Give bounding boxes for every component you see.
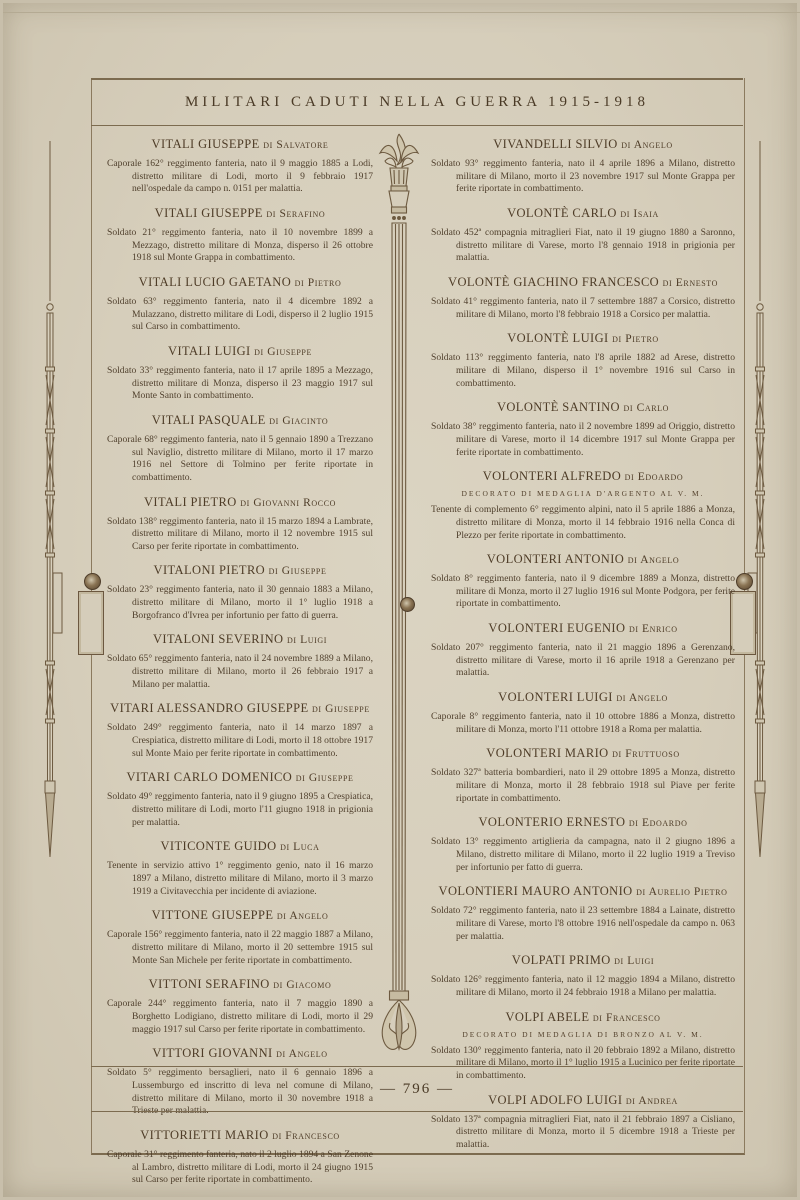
soldier-name-heading: VITTORIETTI MARIO di Francesco <box>107 1128 373 1143</box>
soldier-entry: VOLONTERI MARIO di Fruttuoso Soldato 327… <box>431 746 735 805</box>
soldier-filiation: di Fruttuoso <box>612 748 680 760</box>
soldier-filiation: di Angelo <box>277 910 329 922</box>
soldier-filiation: di Giuseppe <box>254 346 312 358</box>
soldier-entry: VOLONTERI ALFREDO di Edoardo DECORATO DI… <box>431 469 735 542</box>
soldier-name: VOLONTERI LUIGI <box>498 690 613 704</box>
soldier-name-heading: VITICONTE GUIDO di Luca <box>107 839 373 854</box>
soldier-entry: VOLONTERI EUGENIO di Enrico Soldato 207°… <box>431 621 735 680</box>
spear-ornament-right-icon <box>742 141 778 863</box>
soldier-record-text: Soldato 126° reggimento fanteria, nato i… <box>431 974 735 999</box>
left-column: VITALI GIUSEPPE di Salvatore Caporale 16… <box>107 137 373 1197</box>
soldier-name: VITALI LUIGI <box>168 344 251 358</box>
soldier-filiation: di Giacinto <box>269 415 328 427</box>
soldier-name: VITTORIETTI MARIO <box>140 1128 268 1142</box>
soldier-name: VOLONTIERI MAURO ANTONIO <box>439 884 633 898</box>
soldier-filiation: di Francesco <box>272 1130 340 1142</box>
soldier-name-heading: VOLONTERIO ERNESTO di Edoardo <box>431 815 735 830</box>
soldier-name-heading: VOLPATI PRIMO di Luigi <box>431 953 735 968</box>
soldier-filiation: di Angelo <box>628 554 680 566</box>
soldier-record-text: Soldato 137ª compagnia mitraglieri Fiat,… <box>431 1114 735 1152</box>
soldier-name-heading: VITALONI SEVERINO di Luigi <box>107 632 373 647</box>
rosette-medallion-right-icon <box>736 573 753 590</box>
soldier-name-heading: VOLONTERI EUGENIO di Enrico <box>431 621 735 636</box>
soldier-entry: VITTONI SERAFINO di Giacomo Caporale 244… <box>107 977 373 1036</box>
soldier-name-heading: VOLONTÈ GIACHINO FRANCESCO di Ernesto <box>431 275 735 290</box>
soldier-record-text: Soldato 65° reggimento fanteria, nato il… <box>107 653 373 691</box>
soldier-name-heading: VITARI CARLO DOMENICO di Giuseppe <box>107 770 373 785</box>
soldier-filiation: di Angelo <box>616 692 668 704</box>
torch-column-ornament-icon <box>375 131 423 1063</box>
soldier-name: VITARI CARLO DOMENICO <box>126 770 292 784</box>
soldier-record-text: Soldato 41° reggimento fanteria, nato il… <box>431 296 735 321</box>
soldier-filiation: di Pietro <box>295 277 342 289</box>
soldier-entry: VOLONTÈ SANTINO di Carlo Soldato 38° reg… <box>431 400 735 459</box>
soldier-record-text: Soldato 33° reggimento fanteria, nato il… <box>107 365 373 403</box>
page-edge-line <box>3 12 800 13</box>
soldier-record-text: Soldato 249° reggimento fanteria, nato i… <box>107 722 373 760</box>
soldier-record-text: Soldato 21° reggimento fanteria, nato il… <box>107 227 373 265</box>
soldier-record-text: Soldato 452ª compagnia mitraglieri Fiat,… <box>431 227 735 265</box>
soldier-name: VOLONTÈ GIACHINO FRANCESCO <box>448 275 659 289</box>
soldier-filiation: di Edoardo <box>629 817 688 829</box>
soldier-filiation: di Luca <box>280 841 319 853</box>
soldier-name: VITTONI SERAFINO <box>149 977 270 991</box>
soldier-record-text: Soldato 13° reggimento artiglieria da ca… <box>431 836 735 874</box>
soldier-name-heading: VITALI LUIGI di Giuseppe <box>107 344 373 359</box>
soldier-entry: VOLONTÈ GIACHINO FRANCESCO di Ernesto So… <box>431 275 735 321</box>
soldier-name: VITALI PIETRO <box>144 495 237 509</box>
soldier-record-text: Soldato 93° reggimento fanteria, nato il… <box>431 158 735 196</box>
rosette-medallion-center-icon <box>400 597 415 612</box>
soldier-name-heading: VITTONI SERAFINO di Giacomo <box>107 977 373 992</box>
page-footer: — 796 — <box>91 1066 743 1112</box>
soldier-filiation: di Carlo <box>623 402 669 414</box>
soldier-record-text: Soldato 327ª batteria bombardieri, nato … <box>431 767 735 805</box>
hanging-plaque-left-icon <box>78 591 104 655</box>
soldier-record-text: Soldato 138° reggimento fanteria, nato i… <box>107 516 373 554</box>
soldier-name: VITALONI SEVERINO <box>153 632 283 646</box>
soldier-filiation: di Angelo <box>276 1048 328 1060</box>
soldier-record-text: Soldato 8° reggimento fanteria, nato il … <box>431 573 735 611</box>
soldier-name: VOLONTERI EUGENIO <box>488 621 625 635</box>
soldier-filiation: di Giovanni Rocco <box>240 497 336 509</box>
soldier-name-heading: VITALI PIETRO di Giovanni Rocco <box>107 495 373 510</box>
soldier-name: VITALI PASQUALE <box>152 413 266 427</box>
soldier-name: VITALONI PIETRO <box>154 563 266 577</box>
soldier-record-text: Caporale 31° reggimento fanteria, nato i… <box>107 1149 373 1187</box>
soldier-name: VITALI LUCIO GAETANO <box>139 275 292 289</box>
soldier-name: VITALI GIUSEPPE <box>155 206 263 220</box>
soldier-name-heading: VIVANDELLI SILVIO di Angelo <box>431 137 735 152</box>
soldier-name: VITARI ALESSANDRO GIUSEPPE <box>110 701 308 715</box>
soldier-entry: VOLONTERI LUIGI di Angelo Caporale 8° re… <box>431 690 735 736</box>
soldier-name: VOLONTÈ SANTINO <box>497 400 620 414</box>
soldier-entry: VITALI PASQUALE di Giacinto Caporale 68°… <box>107 413 373 485</box>
soldier-filiation: di Enrico <box>629 623 678 635</box>
soldier-record-text: Caporale 244° reggimento fanteria, nato … <box>107 998 373 1036</box>
soldier-name: VOLPI ABELE <box>505 1010 589 1024</box>
soldier-record-text: Soldato 38° reggimento fanteria, nato il… <box>431 421 735 459</box>
soldier-name-heading: VITTONE GIUSEPPE di Angelo <box>107 908 373 923</box>
soldier-entry: VITTORIETTI MARIO di Francesco Caporale … <box>107 1128 373 1187</box>
soldier-name: VOLPATI PRIMO <box>512 953 611 967</box>
soldier-entry: VITALI PIETRO di Giovanni Rocco Soldato … <box>107 495 373 554</box>
soldier-filiation: di Giuseppe <box>269 565 327 577</box>
soldier-name-heading: VOLONTERI LUIGI di Angelo <box>431 690 735 705</box>
soldier-name: VITTORI GIOVANNI <box>152 1046 272 1060</box>
soldier-name: VOLONTÈ CARLO <box>507 206 617 220</box>
soldier-filiation: di Giuseppe <box>296 772 354 784</box>
soldier-name: VITALI GIUSEPPE <box>152 137 260 151</box>
soldier-entry: VOLONTIERI MAURO ANTONIO di Aurelio Piet… <box>431 884 735 943</box>
soldier-name-heading: VITTORI GIOVANNI di Angelo <box>107 1046 373 1061</box>
soldier-entry: VOLONTÈ LUIGI di Pietro Soldato 113° reg… <box>431 331 735 390</box>
soldier-entry: VITARI ALESSANDRO GIUSEPPE di Giuseppe S… <box>107 701 373 760</box>
soldier-record-text: Caporale 68° reggimento fanteria, nato i… <box>107 434 373 485</box>
soldier-name-heading: VOLONTERI ANTONIO di Angelo <box>431 552 735 567</box>
soldier-record-text: Soldato 113° reggimento fanteria, nato l… <box>431 352 735 390</box>
soldier-filiation: di Ernesto <box>663 277 718 289</box>
soldier-name-heading: VOLONTÈ SANTINO di Carlo <box>431 400 735 415</box>
soldier-name-heading: VOLONTERI ALFREDO di Edoardo <box>431 469 735 484</box>
soldier-name-heading: VITALONI PIETRO di Giuseppe <box>107 563 373 578</box>
soldier-entry: VITTONE GIUSEPPE di Angelo Caporale 156°… <box>107 908 373 967</box>
soldier-name-heading: VOLONTÈ CARLO di Isaia <box>431 206 735 221</box>
book-page-scan: { "page": { "header_title": "MILITARI CA… <box>0 0 800 1200</box>
soldier-entry: VITALI GIUSEPPE di Salvatore Caporale 16… <box>107 137 373 196</box>
soldier-record-text: Caporale 162° reggimento fanteria, nato … <box>107 158 373 196</box>
soldier-entry: VOLONTERI ANTONIO di Angelo Soldato 8° r… <box>431 552 735 611</box>
decoration-line: DECORATO DI MEDAGLIA D'ARGENTO AL V. M. <box>431 489 735 498</box>
soldier-filiation: di Francesco <box>593 1012 661 1024</box>
soldier-record-text: Caporale 8° reggimento fanteria, nato il… <box>431 711 735 736</box>
soldier-entry: VOLONTÈ CARLO di Isaia Soldato 452ª comp… <box>431 206 735 265</box>
soldier-name: VOLONTERI MARIO <box>486 746 608 760</box>
soldier-record-text: Tenente di complemento 6° reggimento alp… <box>431 504 735 542</box>
soldier-name: VOLONTERI ANTONIO <box>487 552 624 566</box>
soldier-filiation: di Giuseppe <box>312 703 370 715</box>
soldier-entry: VITICONTE GUIDO di Luca Tenente in servi… <box>107 839 373 898</box>
soldier-record-text: Caporale 156° reggimento fanteria, nato … <box>107 929 373 967</box>
rosette-medallion-left-icon <box>84 573 101 590</box>
soldier-name-heading: VOLONTÈ LUIGI di Pietro <box>431 331 735 346</box>
soldier-filiation: di Serafino <box>266 208 325 220</box>
soldier-filiation: di Pietro <box>612 333 659 345</box>
soldier-filiation: di Aurelio Pietro <box>636 886 727 898</box>
page-header: MILITARI CADUTI NELLA GUERRA 1915-1918 <box>91 78 743 126</box>
soldier-name: VITTONE GIUSEPPE <box>152 908 274 922</box>
soldier-filiation: di Luigi <box>614 955 654 967</box>
right-column: VIVANDELLI SILVIO di Angelo Soldato 93° … <box>431 137 735 1162</box>
soldier-filiation: di Edoardo <box>625 471 684 483</box>
soldier-filiation: di Giacomo <box>273 979 331 991</box>
soldier-record-text: Soldato 207° reggimento fanteria, nato i… <box>431 642 735 680</box>
soldier-filiation: di Angelo <box>621 139 673 151</box>
soldier-name-heading: VITALI LUCIO GAETANO di Pietro <box>107 275 373 290</box>
soldier-entry: VITALI GIUSEPPE di Serafino Soldato 21° … <box>107 206 373 265</box>
soldier-entry: VITARI CARLO DOMENICO di Giuseppe Soldat… <box>107 770 373 829</box>
soldier-name-heading: VOLPI ABELE di Francesco <box>431 1010 735 1025</box>
soldier-entry: VITALI LUCIO GAETANO di Pietro Soldato 6… <box>107 275 373 334</box>
soldier-entry: VIVANDELLI SILVIO di Angelo Soldato 93° … <box>431 137 735 196</box>
soldier-name-heading: VOLONTERI MARIO di Fruttuoso <box>431 746 735 761</box>
soldier-name-heading: VOLONTIERI MAURO ANTONIO di Aurelio Piet… <box>431 884 735 899</box>
soldier-entry: VITALONI PIETRO di Giuseppe Soldato 23° … <box>107 563 373 622</box>
soldier-record-text: Soldato 23° reggimento fanteria, nato il… <box>107 584 373 622</box>
spear-ornament-left-icon <box>32 141 68 863</box>
soldier-filiation: di Isaia <box>620 208 659 220</box>
soldier-filiation: di Salvatore <box>263 139 328 151</box>
soldier-name: VOLONTÈ LUIGI <box>507 331 608 345</box>
soldier-name-heading: VITALI GIUSEPPE di Salvatore <box>107 137 373 152</box>
page-title: MILITARI CADUTI NELLA GUERRA 1915-1918 <box>185 94 649 111</box>
soldier-name: VOLONTERI ALFREDO <box>483 469 621 483</box>
soldier-entry: VITALI LUIGI di Giuseppe Soldato 33° reg… <box>107 344 373 403</box>
soldier-record-text: Tenente in servizio attivo 1° reggimento… <box>107 860 373 898</box>
soldier-name: VOLONTERIO ERNESTO <box>478 815 625 829</box>
soldier-record-text: Soldato 49° reggimento fanteria, nato il… <box>107 791 373 829</box>
decoration-line: DECORATO DI MEDAGLIA DI BRONZO AL V. M. <box>431 1030 735 1039</box>
paper-sheet: MILITARI CADUTI NELLA GUERRA 1915-1918 <box>3 3 797 1197</box>
soldier-filiation: di Luigi <box>287 634 327 646</box>
soldier-record-text: Soldato 63° reggimento fanteria, nato il… <box>107 296 373 334</box>
soldier-entry: VOLONTERIO ERNESTO di Edoardo Soldato 13… <box>431 815 735 874</box>
soldier-entry: VOLPATI PRIMO di Luigi Soldato 126° regg… <box>431 953 735 999</box>
page-number: — 796 — <box>380 1081 454 1098</box>
soldier-name-heading: VITARI ALESSANDRO GIUSEPPE di Giuseppe <box>107 701 373 716</box>
soldier-entry: VITALONI SEVERINO di Luigi Soldato 65° r… <box>107 632 373 691</box>
soldier-name: VITICONTE GUIDO <box>160 839 276 853</box>
soldier-record-text: Soldato 72° reggimento fanteria, nato il… <box>431 905 735 943</box>
soldier-name-heading: VITALI GIUSEPPE di Serafino <box>107 206 373 221</box>
soldier-name-heading: VITALI PASQUALE di Giacinto <box>107 413 373 428</box>
soldier-name: VIVANDELLI SILVIO <box>493 137 618 151</box>
